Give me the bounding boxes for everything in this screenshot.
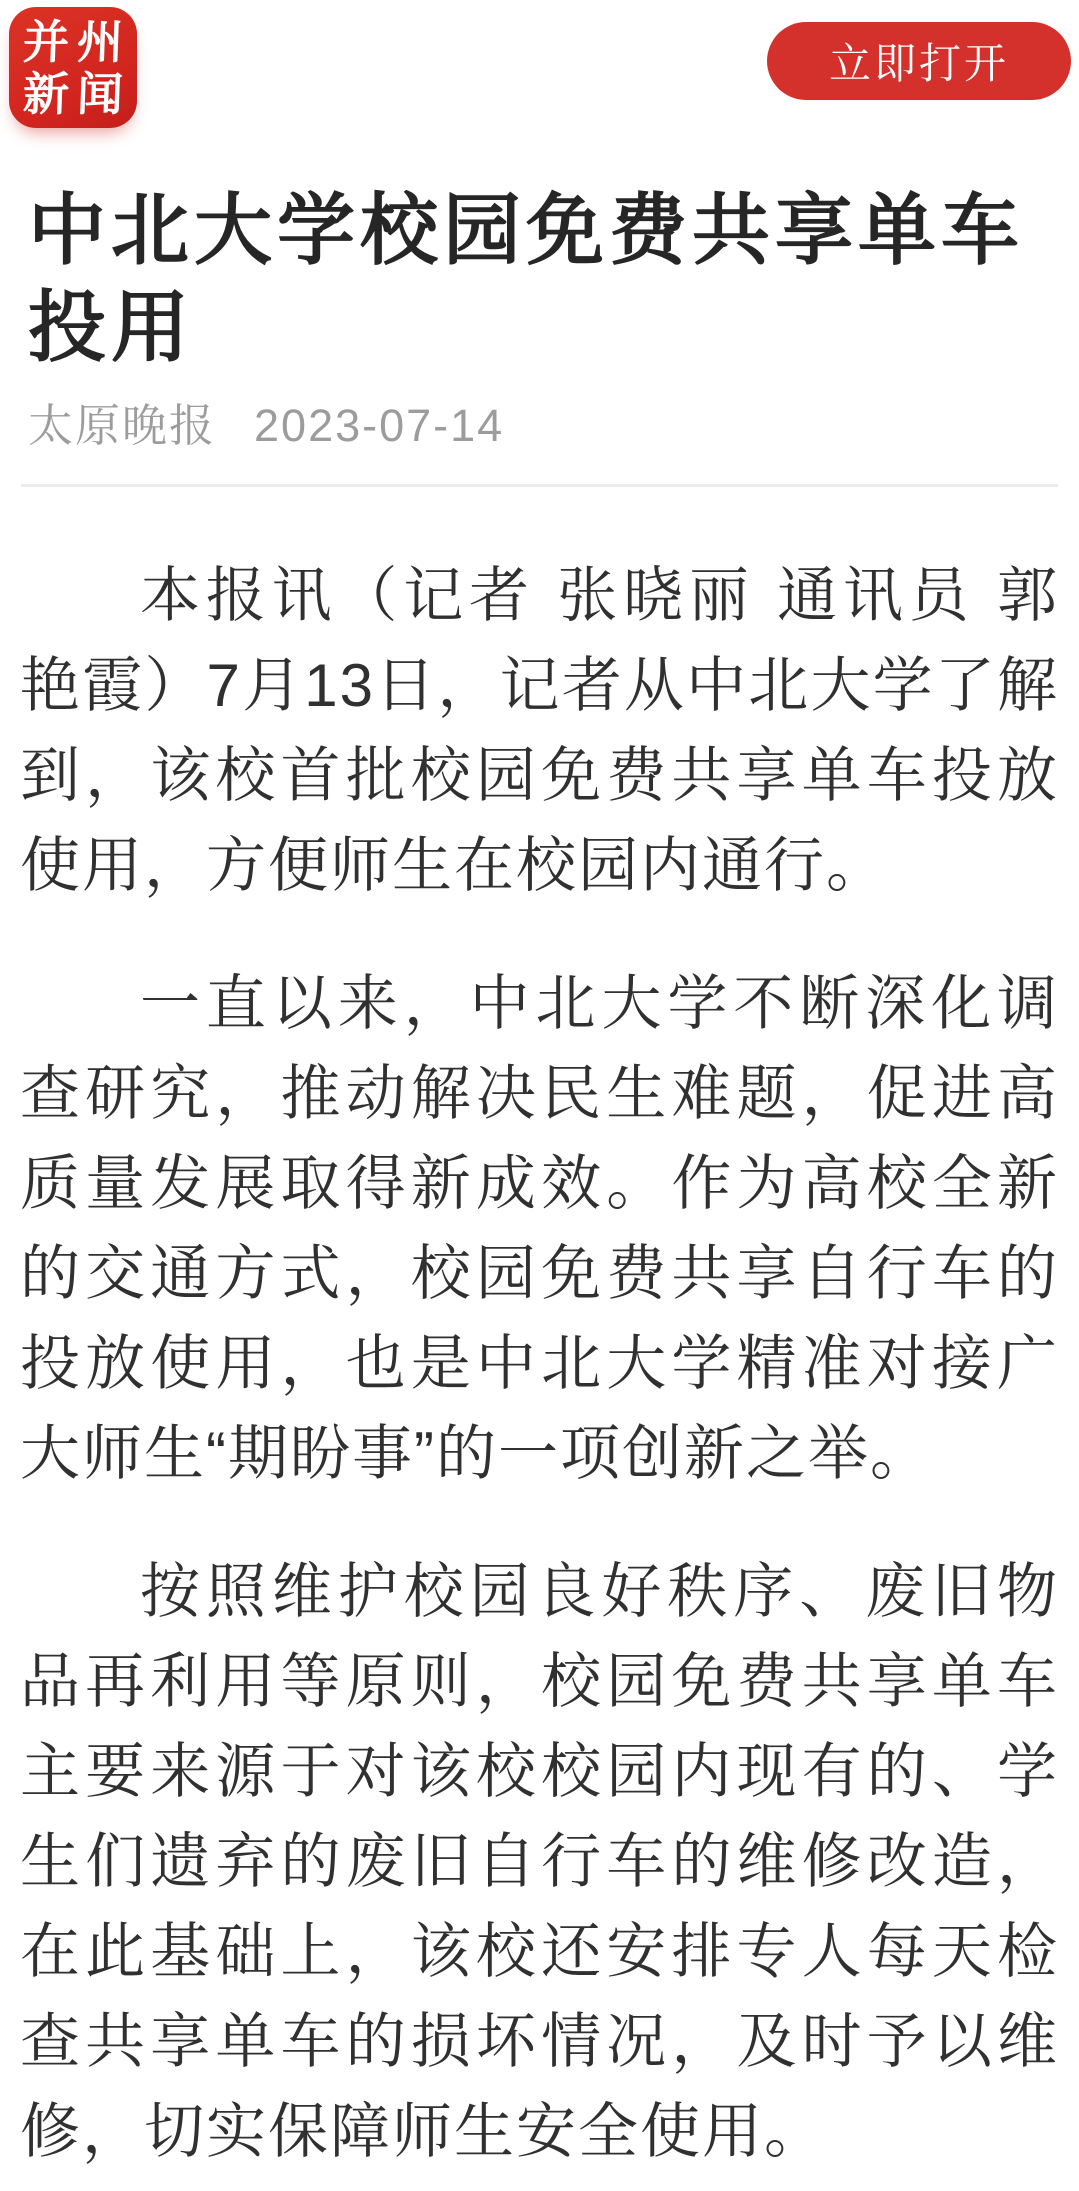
logo-text-row1: 并州 [14,16,132,68]
news-article-page: 并州 新闻 立即打开 中北大学校园免费共享单车投用 太原晚报 2023-07-1… [0,0,1079,2191]
article-meta: 太原晚报 2023-07-14 [28,398,1051,454]
paragraph-1: 本报讯（记者 张晓丽 通讯员 郭艳霞）7月13日，记者从中北大学了解到，该校首批… [20,551,1059,911]
paragraph-2: 一直以来，中北大学不断深化调查研究，推动解决民生难题，促进高质量发展取得新成效。… [20,959,1059,1499]
divider [21,484,1058,487]
article-source: 太原晚报 [28,398,216,454]
article-body: 本报讯（记者 张晓丽 通讯员 郭艳霞）7月13日，记者从中北大学了解到，该校首批… [0,551,1079,2177]
header: 并州 新闻 立即打开 [0,0,1079,128]
article-date: 2023-07-14 [254,398,504,454]
paragraph-3: 按照维护校园良好秩序、废旧物品再利用等原则，校园免费共享单车主要来源于对该校校园… [20,1547,1059,2177]
open-app-button[interactable]: 立即打开 [767,22,1071,100]
article-title: 中北大学校园免费共享单车投用 [28,182,1051,376]
app-logo[interactable]: 并州 新闻 [9,7,137,128]
logo-text-row2: 新闻 [14,68,132,120]
